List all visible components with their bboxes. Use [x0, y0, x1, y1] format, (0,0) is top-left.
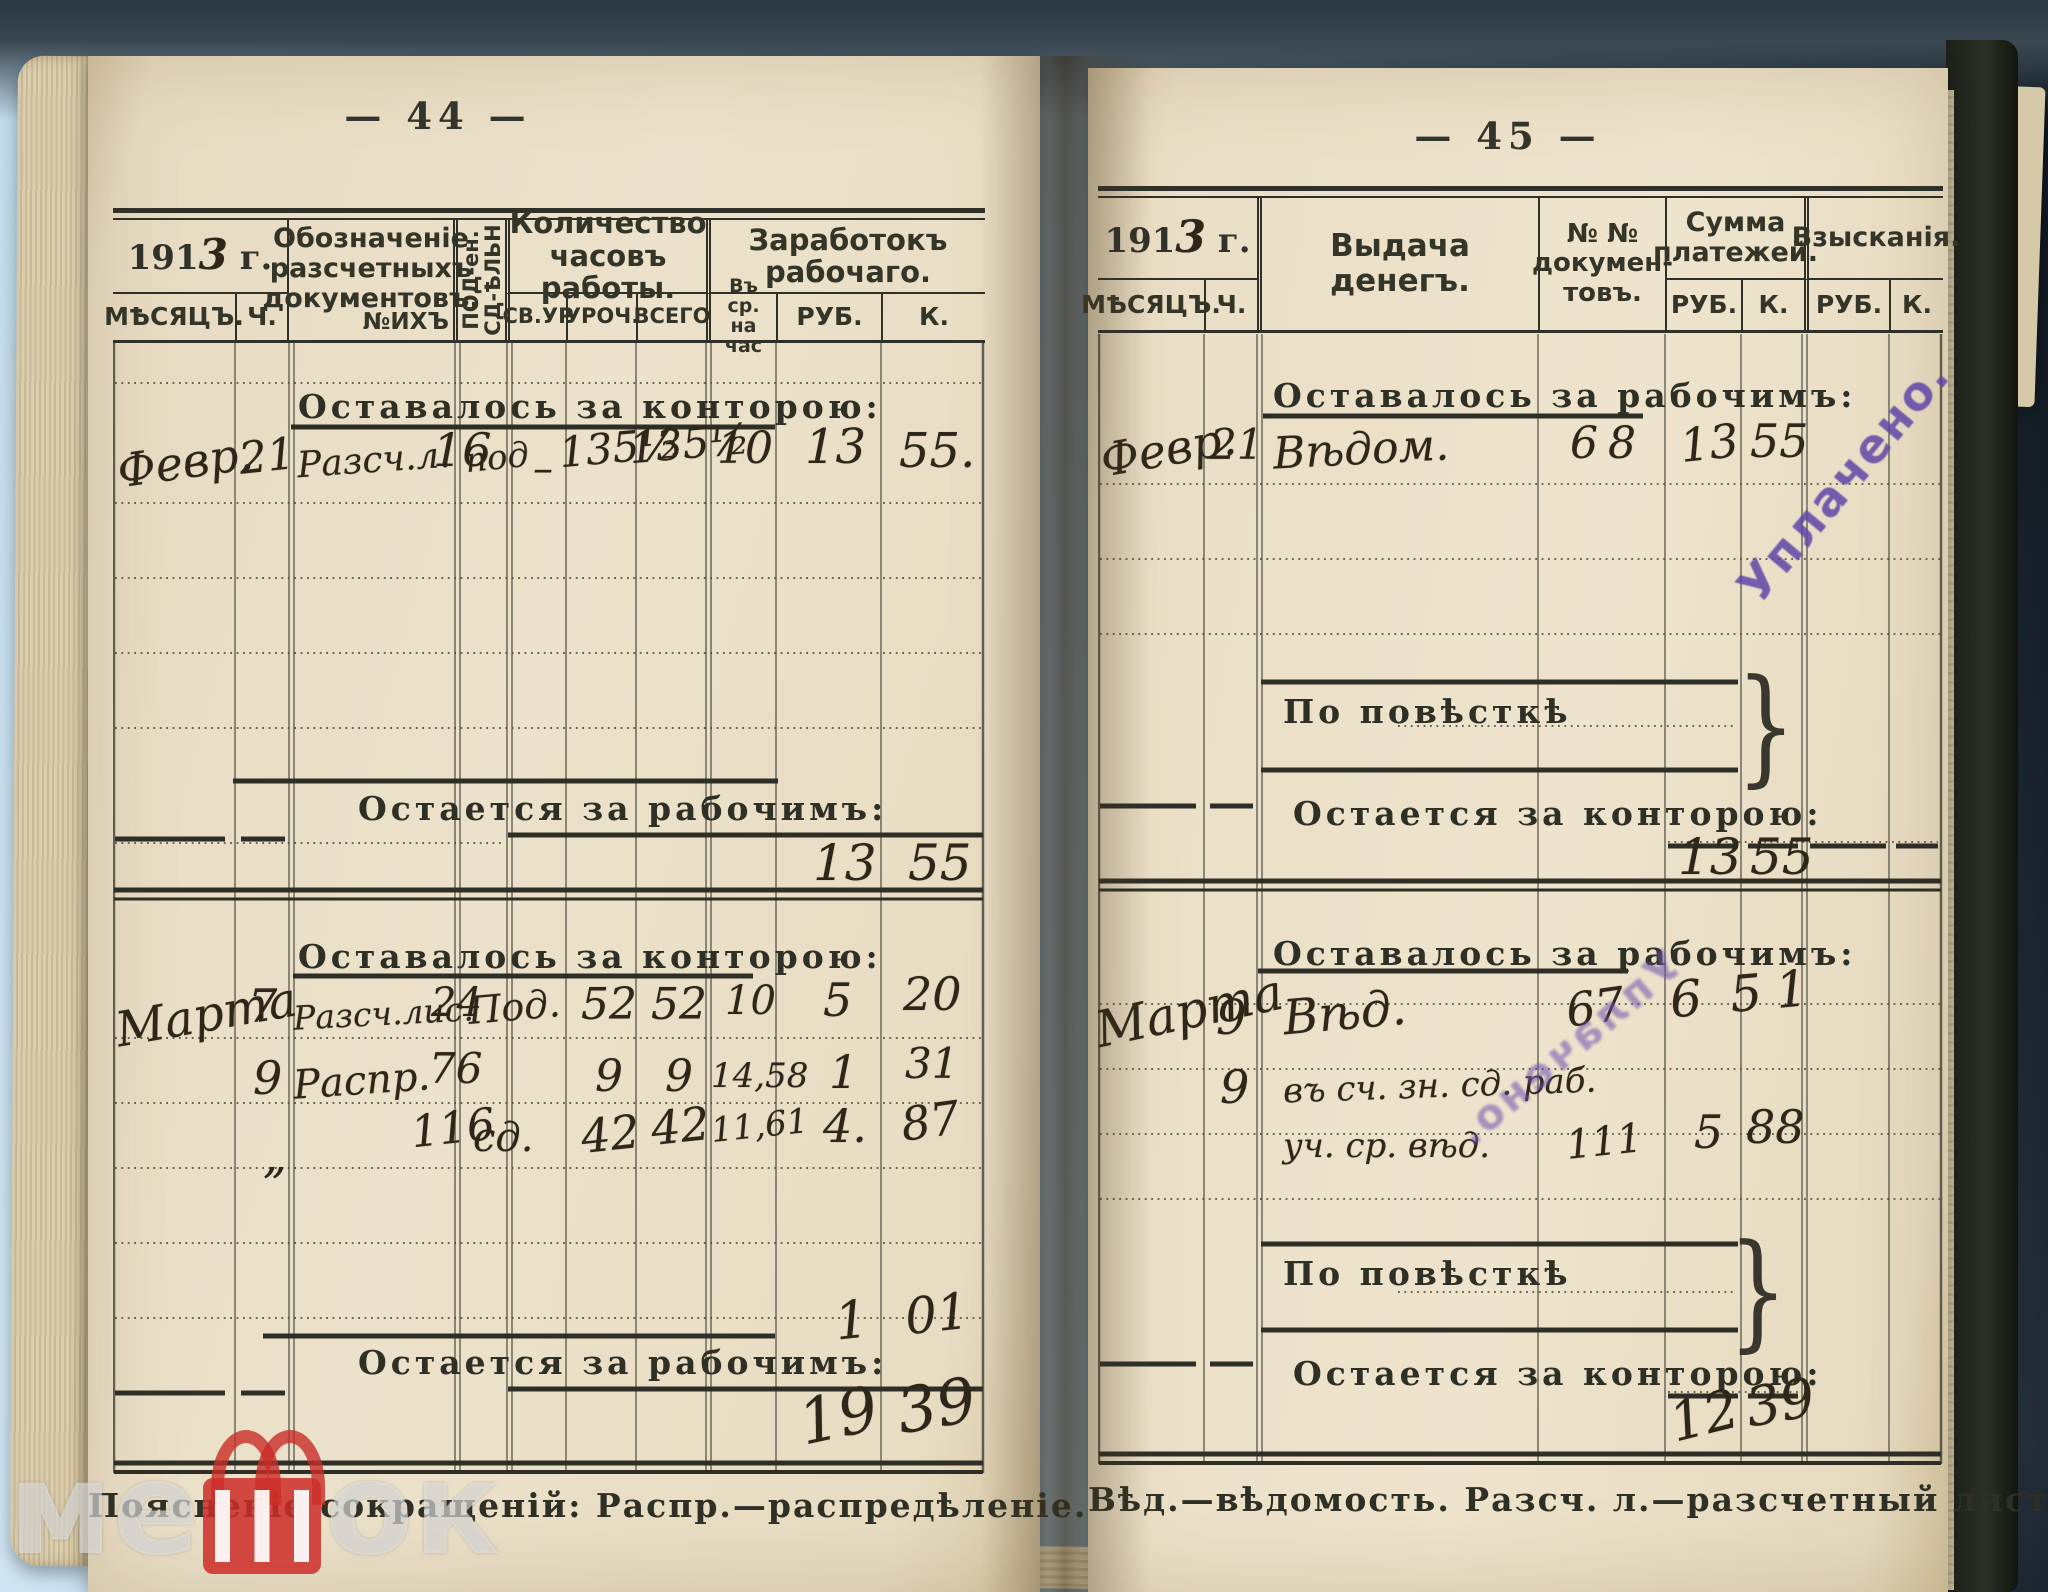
left-section2-rest-label: Остается за рабочимъ:	[358, 1343, 887, 1382]
hw-grand-rub: 19	[793, 1377, 883, 1454]
hw-kind: Под.	[467, 984, 562, 1030]
right-payout-header: Выдача денегъ.	[1257, 198, 1538, 330]
hw-rub: 13	[1678, 417, 1741, 469]
left-kop-header: К.	[881, 294, 985, 340]
hw-rub: 1	[829, 1049, 858, 1095]
hw-day: 21	[1210, 424, 1263, 466]
hw-svur: –	[533, 449, 553, 489]
right-notice2-label: По повѣсткѣ	[1283, 1254, 1572, 1293]
hw-rub: 4.	[823, 1103, 867, 1149]
hw-vsego: 52	[651, 983, 707, 1027]
hw-rub: 13	[805, 423, 866, 471]
hw-doc: Распр.	[292, 1056, 432, 1105]
left-page-number: — 44 —	[88, 94, 788, 138]
hw-day: 9	[1216, 994, 1247, 1042]
hw-rub: 5	[823, 977, 852, 1023]
hw-payout-text: Вѣд.	[1281, 984, 1408, 1043]
right-page-number: — 45 —	[1408, 114, 1608, 158]
hw-kop: 55.	[899, 427, 975, 475]
hw-vsego: 42	[649, 1100, 712, 1152]
left-svur-header: СВ.УР	[505, 294, 566, 340]
hw-payout-text: Вѣдом.	[1272, 423, 1450, 476]
right-sum-rub-header: РУБ.	[1665, 280, 1741, 330]
right-notice1-label: По повѣсткѣ	[1283, 692, 1572, 731]
right-table-header: 1913 г. Выдача денегъ. № №докумен-товъ. …	[1098, 198, 1943, 333]
hw-day: 21	[237, 432, 297, 482]
left-hours-header: Количествочасовъ работы.	[505, 220, 706, 294]
hw-vsego: 9	[665, 1055, 693, 1099]
watermark: ме ок	[8, 1424, 500, 1574]
brace-glyph: }	[1728, 1229, 1788, 1356]
hw-kop: 88	[1746, 1104, 1805, 1150]
right-penalty-header: Взысканія.	[1804, 198, 1943, 280]
hw-uroch: 42	[579, 1108, 642, 1160]
hw-total-rub: 1	[832, 1293, 870, 1348]
hw-uroch: 9	[595, 1055, 623, 1099]
left-docs-header: Обозначеніеразсчетныхъдокументовъ. №ИХЪ	[287, 220, 453, 340]
hw-total-kop: 39	[1742, 1370, 1819, 1435]
hw-kop: 51	[1728, 962, 1824, 1020]
hw-kop: 20	[903, 971, 962, 1017]
hw-kop: 55	[1750, 418, 1809, 464]
hw-avg: 14,58	[711, 1059, 808, 1093]
left-avg-header: Въ ср.на час	[706, 294, 776, 340]
meshok-bag-icon	[203, 1424, 321, 1574]
watermark-text-right: ок	[325, 1446, 500, 1574]
hw-doc-no: 111	[1564, 1118, 1644, 1166]
hw-total-rub: 12	[1664, 1381, 1744, 1450]
left-rub-header: РУБ.	[776, 294, 881, 340]
right-month-header: МѢСЯЦЪ.	[1098, 280, 1204, 330]
left-section1-label: Оставалось за конторою:	[298, 387, 882, 426]
hw-day: 9	[253, 1055, 282, 1101]
hw-avg: 10	[717, 427, 773, 471]
left-table-body: Оставалось за конторою: Февр. 21 Разсч.л…	[113, 343, 985, 1478]
right-footer-note: Вѣд.—вѣдомость. Разсч. л.—разсчетный лис…	[1088, 1480, 1948, 1519]
book-cover-edge	[1946, 40, 2018, 1592]
right-sum-header: Суммаплатежей.	[1665, 198, 1804, 280]
left-section2-label: Оставалось за конторою:	[298, 937, 882, 976]
brace-glyph: }	[1736, 664, 1796, 791]
watermark-text-left: ме	[8, 1446, 199, 1574]
right-docno-header: № №докумен-товъ.	[1538, 198, 1665, 330]
hw-kop: 87	[898, 1094, 962, 1148]
hw-total-kop: 55	[908, 838, 972, 888]
hw-doc: „	[263, 1133, 287, 1179]
right-pen-rub-header: РУБ.	[1804, 280, 1889, 330]
left-page: — 44 — 1913 г. Обозначеніеразсчетныхъдок…	[88, 56, 1040, 1592]
right-section1-label: Оставалось за рабочимъ:	[1273, 376, 1856, 415]
hw-total-rub: 13	[813, 838, 877, 888]
right-table-top-rule	[1098, 186, 1943, 198]
left-uroch-header: УРОЧ.	[566, 294, 636, 340]
hw-avg: 11,61	[709, 1104, 809, 1148]
hw-doc-no: 76	[429, 1048, 482, 1090]
right-day-header: Ч.	[1204, 280, 1257, 330]
right-office1-label: Остается за конторою:	[1293, 794, 1823, 833]
left-table-header: 1913 г. Обозначеніеразсчетныхъдокументов…	[113, 220, 985, 343]
left-year-cell: 1913 г.	[113, 220, 287, 294]
right-pen-kop-header: К.	[1889, 280, 1943, 330]
hw-doc-no: 68	[1570, 422, 1646, 466]
hw-total-kop: 55	[1750, 832, 1814, 882]
left-docs-sub-header: №ИХЪ	[363, 310, 449, 336]
right-page: — 45 — 1913 г. Выдача денегъ. № №докумен…	[1088, 68, 1948, 1592]
hw-kop: 31	[905, 1043, 958, 1085]
hw-rub: 5	[1694, 1109, 1723, 1155]
hw-day: 9	[1220, 1064, 1249, 1110]
right-year-cell: 1913 г.	[1098, 198, 1257, 280]
page-block-edge-left	[10, 56, 98, 1566]
hw-kind: под	[463, 438, 530, 478]
left-piecework-header: ПОД-ен.СД-ѢЛЬН	[453, 220, 505, 340]
hw-day: 7	[248, 983, 277, 1029]
hw-avg: 10	[725, 981, 776, 1021]
left-section1-rest-label: Остается за рабочимъ:	[358, 789, 887, 828]
left-month-header: МѢСЯЦЪ.	[113, 294, 235, 340]
hw-total-kop: 01	[903, 1286, 972, 1342]
hw-total-rub: 13	[1678, 832, 1742, 882]
left-vsego-header: ВСЕГО	[636, 294, 706, 340]
right-sum-kop-header: К.	[1741, 280, 1804, 330]
hw-kind: сд.	[473, 1118, 533, 1158]
left-day-header: Ч.	[235, 294, 287, 340]
hw-uroch: 52	[581, 983, 637, 1027]
hw-grand-kop: 39	[892, 1369, 980, 1444]
